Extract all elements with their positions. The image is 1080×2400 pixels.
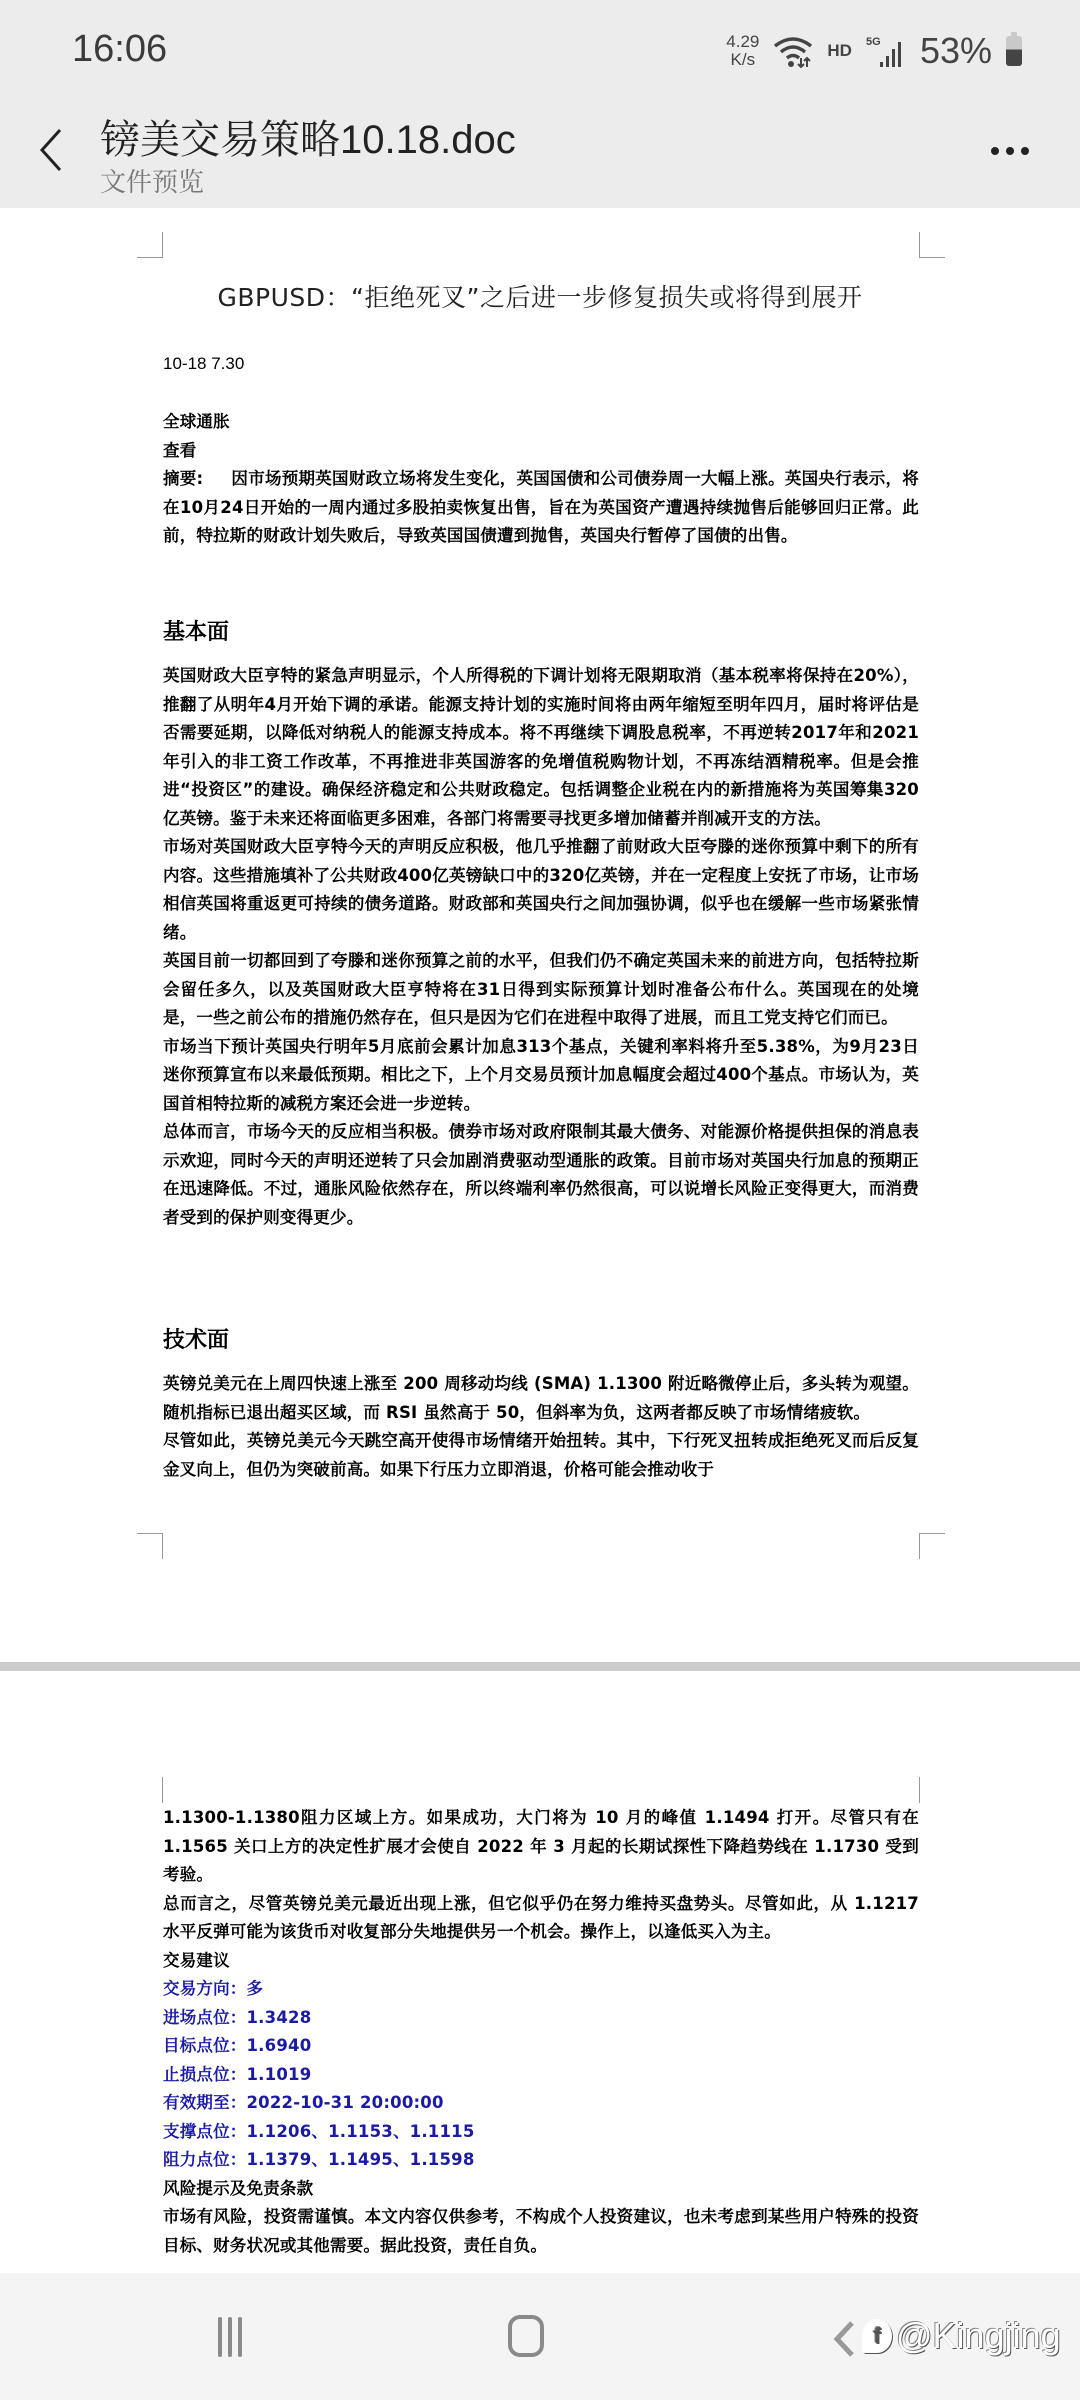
more-dot-icon (1006, 147, 1014, 155)
risk-disclaimer-text: 市场有风险，投资需谨慎。本文内容仅供参考，不构成个人投资建议，也未考虑到某些用户… (163, 2203, 919, 2260)
more-dot-icon (991, 147, 999, 155)
document-title: 镑美交易策略10.18.doc (100, 108, 516, 165)
document-subtitle: 文件预览 (100, 162, 204, 199)
more-options-button[interactable] (980, 126, 1040, 176)
hd-indicator: HD (827, 41, 852, 61)
wifi-icon (773, 34, 813, 68)
fundamentals-paragraph: 英国目前一切都回到了夸滕和迷你预算之前的水平，但我们仍不确定英国未来的前进方向，… (163, 947, 919, 1033)
fundamentals-paragraph: 总体而言，市场今天的反应相当积极。债券市场对政府限制其最大债务、对能源价格提供担… (163, 1118, 919, 1232)
fundamentals-paragraph: 英国财政大臣亨特的紧急声明显示，个人所得税的下调计划将无限期取消（基本税率将保持… (163, 662, 919, 833)
summary-text: 因市场预期英国财政立场将发生变化，英国国债和公司债券周一大幅上涨。英国央行表示，… (163, 469, 919, 545)
watermark: f @Kingjing (862, 2315, 1061, 2357)
technicals-title: 技术面 (163, 1326, 919, 1356)
resistance-levels: 阻力点位：1.1379、1.1495、1.1598 (163, 2146, 919, 2175)
fundamentals-paragraph: 市场当下预计英国央行明年5月底前会累计加息313个基点，关键利率料将升至5.38… (163, 1033, 919, 1119)
network-speed: 4.29 K/s (726, 33, 759, 69)
system-nav-bar: f @Kingjing (0, 2273, 1080, 2400)
recent-apps-icon (218, 2317, 222, 2357)
back-button[interactable] (26, 120, 76, 180)
valid-until: 有效期至：2022-10-31 20:00:00 (163, 2089, 919, 2118)
battery-icon (1006, 36, 1022, 66)
page-margin-mark (137, 1777, 163, 1803)
battery-percentage: 53% (920, 30, 992, 72)
article-heading: GBPUSD：“拒绝死叉”之后进一步修复损失或将得到展开 (0, 278, 1080, 314)
page-margin-mark (137, 1533, 163, 1559)
document-page-1: GBPUSD：“拒绝死叉”之后进一步修复损失或将得到展开 10-18 7.30 … (0, 208, 1080, 1662)
nav-back-icon (832, 2319, 856, 2359)
document-viewer[interactable]: GBPUSD：“拒绝死叉”之后进一步修复损失或将得到展开 10-18 7.30 … (0, 208, 1080, 2273)
network-speed-unit: K/s (731, 51, 756, 69)
page2-content: 1.1300-1.1380阻力区域上方。如果成功，大门将为 10 月的峰值 1.… (163, 1804, 919, 2260)
app-bar: 镑美交易策略10.18.doc 文件预览 (0, 100, 1080, 208)
technicals-paragraph: 1.1300-1.1380阻力区域上方。如果成功，大门将为 10 月的峰值 1.… (163, 1804, 919, 1890)
watermark-logo-icon: f (862, 2319, 892, 2353)
signal-5g-icon: 5G (866, 34, 906, 68)
status-bar: 16:06 4.29 K/s HD 5G 53% (0, 0, 1080, 100)
recent-apps-icon (228, 2317, 232, 2357)
trade-direction: 交易方向：多 (163, 1975, 919, 2004)
network-speed-value: 4.29 (726, 33, 759, 51)
technicals-paragraph: 总而言之，尽管英镑兑美元最近出现上涨，但它似乎仍在努力维持买盘势头。尽管如此，从… (163, 1890, 919, 1947)
page-margin-mark (919, 1777, 945, 1803)
fundamentals-title: 基本面 (163, 618, 919, 648)
trade-suggestion-title: 交易建议 (163, 1947, 919, 1976)
home-button[interactable] (508, 2315, 544, 2357)
page-margin-mark (137, 232, 163, 258)
status-icons: 4.29 K/s HD 5G 53% (726, 30, 1022, 72)
target-price: 目标点位：1.6940 (163, 2032, 919, 2061)
page-separator (0, 1662, 1080, 1671)
technicals-section: 技术面 英镑兑美元在上周四快速上涨至 200 周移动均线 (SMA) 1.130… (163, 1326, 919, 1484)
nav-back-button[interactable] (832, 2319, 856, 2369)
summary-paragraph: 摘要:因市场预期英国财政立场将发生变化，英国国债和公司债券周一大幅上涨。英国央行… (163, 465, 919, 551)
view-label: 查看 (163, 437, 919, 466)
chevron-left-icon (38, 126, 64, 174)
risk-disclaimer-title: 风险提示及免责条款 (163, 2175, 919, 2204)
stop-loss-price: 止损点位：1.1019 (163, 2061, 919, 2090)
fundamentals-paragraph: 市场对英国财政大臣亨特今天的声明反应积极，他几乎推翻了前财政大臣夸滕的迷你预算中… (163, 833, 919, 947)
entry-price: 进场点位：1.3428 (163, 2004, 919, 2033)
svg-text:5G: 5G (866, 36, 881, 48)
technicals-paragraph: 尽管如此，英镑兑美元今天跳空高开使得市场情绪开始扭转。其中，下行死叉扭转成拒绝死… (163, 1427, 919, 1484)
watermark-text: @Kingjing (896, 2315, 1061, 2357)
fundamentals-section: 基本面 英国财政大臣亨特的紧急声明显示，个人所得税的下调计划将无限期取消（基本税… (163, 618, 919, 1232)
more-dot-icon (1021, 147, 1029, 155)
support-levels: 支撑点位：1.1206、1.1153、1.1115 (163, 2118, 919, 2147)
status-time: 16:06 (72, 28, 167, 71)
tag-label: 全球通胀 (163, 408, 919, 437)
recent-apps-button[interactable] (218, 2317, 242, 2357)
document-page-2: 1.1300-1.1380阻力区域上方。如果成功，大门将为 10 月的峰值 1.… (0, 1671, 1080, 2273)
article-dateline: 10-18 7.30 (163, 354, 244, 374)
technicals-paragraph: 英镑兑美元在上周四快速上涨至 200 周移动均线 (SMA) 1.1300 附近… (163, 1370, 919, 1427)
summary-label: 摘要: (163, 469, 203, 488)
page-margin-mark (919, 1533, 945, 1559)
article-intro: 全球通胀 查看 摘要:因市场预期英国财政立场将发生变化，英国国债和公司债券周一大… (163, 408, 919, 551)
page-margin-mark (919, 232, 945, 258)
recent-apps-icon (238, 2317, 242, 2357)
